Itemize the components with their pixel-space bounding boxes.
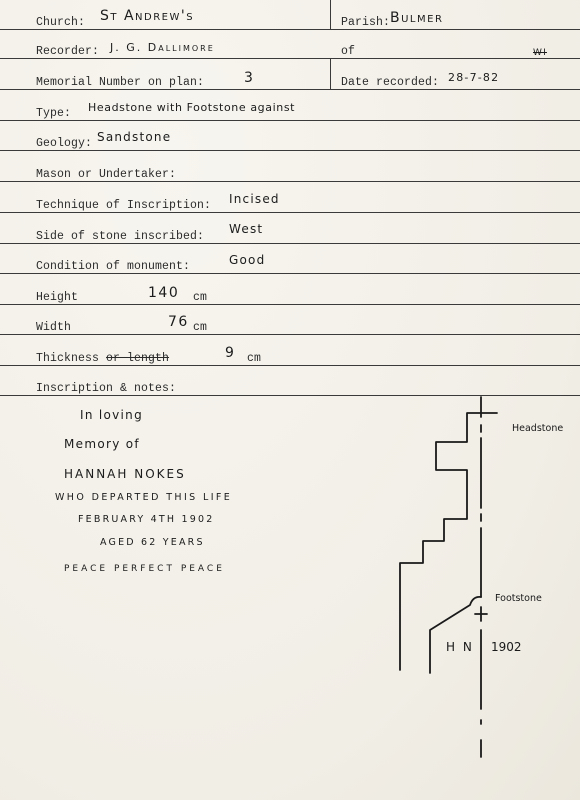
type-value: Headstone with Footstone against <box>88 101 295 114</box>
width-value: 76 <box>168 314 189 330</box>
width-unit: cm <box>193 321 207 334</box>
inscription-line: In loving <box>80 408 143 422</box>
rule-line <box>0 120 580 121</box>
of-label: of <box>341 45 355 58</box>
thickness-value: 9 <box>225 345 235 361</box>
inscription-notes-label: Inscription & notes: <box>36 382 176 395</box>
mason-label: Mason or Undertaker: <box>36 168 176 181</box>
rule-line <box>0 334 580 335</box>
inscription-line: FEBRUARY 4TH 1902 <box>78 514 214 525</box>
rule-line <box>0 29 580 30</box>
type-label: Type: <box>36 107 71 120</box>
thickness-struck-text: or length <box>106 352 169 365</box>
thickness-label-text: Thickness <box>36 352 99 365</box>
recorder-label: Recorder: <box>36 45 99 58</box>
inscription-line: AGED 62 YEARS <box>100 537 205 548</box>
height-unit: cm <box>193 291 207 304</box>
rule-line <box>0 150 580 151</box>
column-divider <box>330 58 331 89</box>
inscription-line: HANNAH NOKES <box>64 467 186 481</box>
condition-value: Good <box>229 253 265 267</box>
church-value: St Andrew's <box>100 8 194 24</box>
thickness-label: Thickness or length <box>36 352 169 365</box>
of-value: WI <box>533 48 547 58</box>
geology-value: Sandstone <box>97 130 171 144</box>
geology-label: Geology: <box>36 137 92 150</box>
side-inscribed-value: West <box>229 222 263 236</box>
width-label: Width <box>36 321 71 334</box>
rule-line <box>0 89 580 90</box>
rule-line <box>0 243 580 244</box>
height-value: 140 <box>148 285 179 301</box>
inscription-line: Memory of <box>64 437 140 451</box>
rule-line <box>0 212 580 213</box>
inscription-line: PEACE PERFECT PEACE <box>64 564 225 574</box>
rule-line <box>0 304 580 305</box>
thickness-unit: cm <box>247 352 261 365</box>
rule-line <box>0 181 580 182</box>
technique-label: Technique of Inscription: <box>36 199 211 212</box>
headstone-label: Headstone <box>512 423 563 434</box>
rule-line <box>0 395 580 396</box>
church-label: Church: <box>36 16 85 29</box>
rule-line <box>0 365 580 366</box>
footstone-year: 1902 <box>491 640 522 654</box>
rule-line <box>0 273 580 274</box>
memorial-record-form: Church: St Andrew's Parish: Bulmer Recor… <box>0 0 580 800</box>
rule-line <box>0 58 580 59</box>
side-inscribed-label: Side of stone inscribed: <box>36 230 204 243</box>
column-divider <box>330 0 331 29</box>
date-recorded-label: Date recorded: <box>341 76 439 89</box>
inscription-line: WHO DEPARTED THIS LIFE <box>55 492 232 503</box>
memorial-number-value: 3 <box>244 70 254 86</box>
technique-value: Incised <box>229 192 280 206</box>
condition-label: Condition of monument: <box>36 260 190 273</box>
footstone-label: Footstone <box>495 593 542 604</box>
footstone-initials: H N <box>446 640 474 654</box>
parish-label: Parish: <box>341 16 390 29</box>
recorder-value: J. G. Dallimore <box>110 41 215 54</box>
parish-value: Bulmer <box>390 10 443 26</box>
date-recorded-value: 28-7-82 <box>448 71 499 84</box>
memorial-number-label: Memorial Number on plan: <box>36 76 204 89</box>
height-label: Height <box>36 291 78 304</box>
